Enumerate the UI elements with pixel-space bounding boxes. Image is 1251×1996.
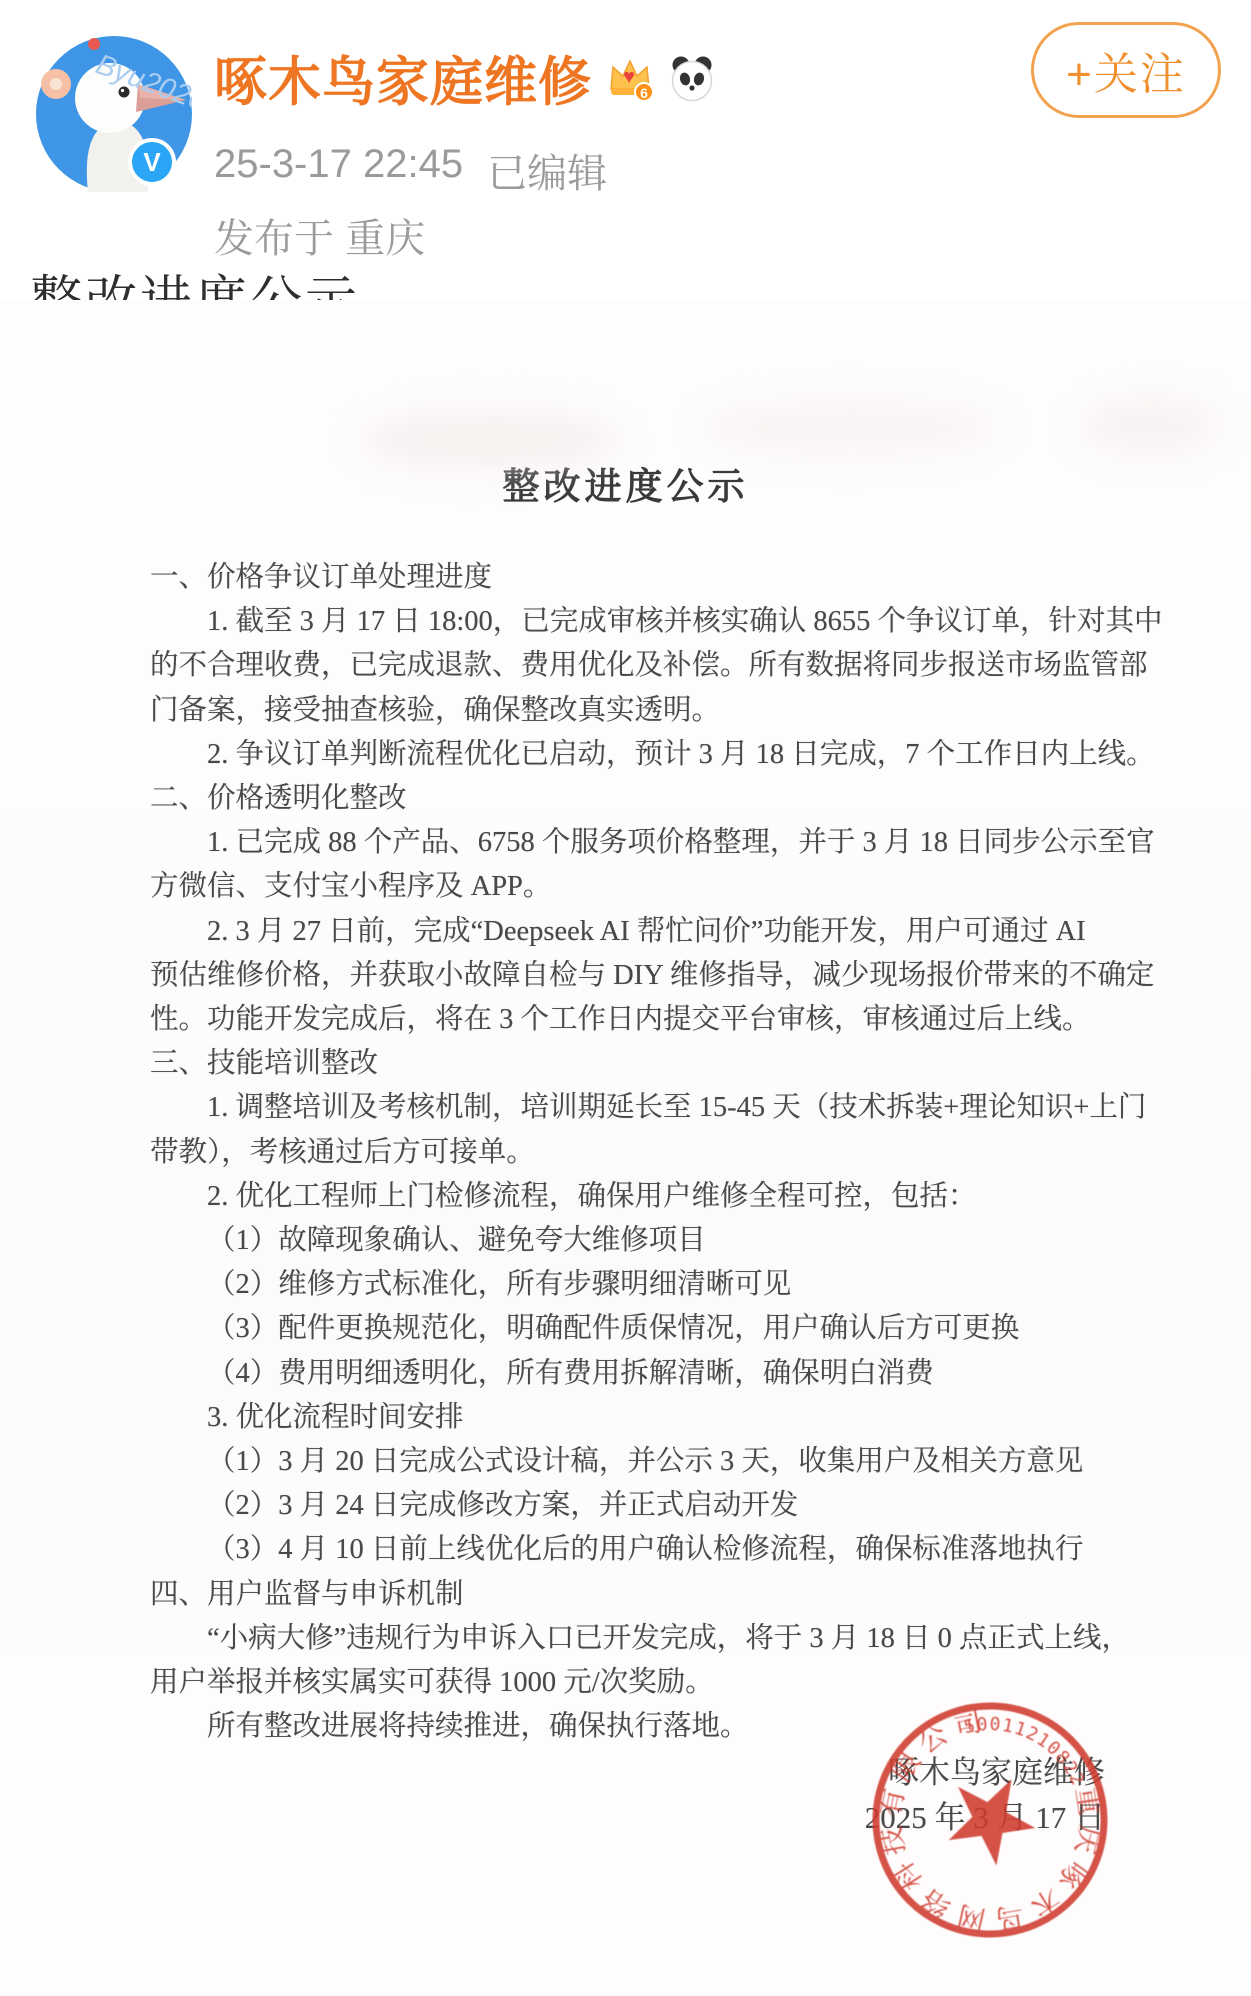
doc-line: 2. 3 月 27 日前，完成“Deepseek AI 帮忙问价”功能开发，用户… <box>150 910 1133 954</box>
post-timestamp: 25-3-17 22:45 <box>214 142 463 199</box>
doc-line: 带教），考核通过后方可接单。 <box>150 1131 1133 1175</box>
signature-name: 啄木鸟家庭维修 <box>0 1750 1105 1795</box>
doc-line: 预估维修价格，并获取小故障自检与 DIY 维修指导，减少现场报价带来的不确定 <box>150 954 1133 998</box>
doc-line: 一、价格争议订单处理进度 <box>150 556 1133 600</box>
scan-smudge <box>1080 395 1220 455</box>
doc-line: 2. 优化工程师上门检修流程，确保用户维修全程可控，包括： <box>150 1175 1133 1219</box>
doc-line: （1）故障现象确认、避免夸大维修项目 <box>150 1219 1133 1263</box>
doc-line: 的不合理收费，已完成退款、费用优化及补偿。所有数据将同步报送市场监管部 <box>150 644 1133 688</box>
weibo-post: Byu2020 V 啄木鸟家庭维修 ♥ 6 25-3-17 22:45 已编辑 … <box>0 0 1251 1996</box>
doc-line: 性。功能开发完成后，将在 3 个工作日内提交平台审核，审核通过后上线。 <box>150 998 1133 1042</box>
doc-line: 2. 争议订单判断流程优化已启动，预计 3 月 18 日完成，7 个工作日内上线… <box>150 733 1133 777</box>
doc-line: 二、价格透明化整改 <box>150 777 1133 821</box>
doc-line: （2）3 月 24 日完成修改方案，并正式启动开发 <box>150 1484 1133 1528</box>
vip-level: 6 <box>640 85 648 101</box>
avatar[interactable]: Byu2020 V <box>36 36 192 192</box>
scan-smudge <box>700 400 1000 455</box>
doc-line: 所有整改进展将持续推进，确保执行落地。 <box>150 1705 1133 1749</box>
doc-lines: 一、价格争议订单处理进度1. 截至 3 月 17 日 18:00，已完成审核并核… <box>150 556 1133 1749</box>
document-image[interactable]: 整改进度公示 一、价格争议订单处理进度1. 截至 3 月 17 日 18:00，… <box>0 300 1251 1996</box>
doc-line: （3）配件更换规范化，明确配件质保情况，用户确认后方可更换 <box>150 1307 1133 1351</box>
doc-line: （2）维修方式标准化，所有步骤明细清晰可见 <box>150 1263 1133 1307</box>
doc-line: 方微信、支付宝小程序及 APP。 <box>150 865 1133 909</box>
verified-badge-icon: V <box>128 138 176 186</box>
follow-button[interactable]: +关注 <box>1031 22 1221 118</box>
doc-line: 3. 优化流程时间安排 <box>150 1396 1133 1440</box>
svg-text:♥: ♥ <box>623 66 635 88</box>
post-location: 发布于 重庆 <box>214 207 425 264</box>
doc-line: 1. 已完成 88 个产品、6758 个服务项价格整理，并于 3 月 18 日同… <box>150 821 1133 865</box>
signature-date: 2025 年 3 月 17 日 <box>0 1795 1105 1840</box>
doc-line: （4）费用明细透明化，所有费用拆解清晰，确保明白消费 <box>150 1352 1133 1396</box>
doc-line: （1）3 月 20 日完成公式设计稿，并公示 3 天，收集用户及相关方意见 <box>150 1440 1133 1484</box>
doc-line: 1. 截至 3 月 17 日 18:00，已完成审核并核实确认 8655 个争议… <box>150 600 1133 644</box>
document-title: 整改进度公示 <box>0 456 1251 510</box>
doc-line: 1. 调整培训及考核机制，培训期延长至 15-45 天（技术拆装+理论知识+上门 <box>150 1086 1133 1130</box>
scan-smudge <box>360 410 620 470</box>
doc-line: （3）4 月 10 日前上线优化后的用户确认检修流程，确保标准落地执行 <box>150 1528 1133 1572</box>
doc-line: “小病大修”违规行为申诉入口已开发完成，将于 3 月 18 日 0 点正式上线， <box>150 1617 1133 1661</box>
doc-line: 用户举报并核实属实可获得 1000 元/次奖励。 <box>150 1661 1133 1705</box>
doc-line: 三、技能培训整改 <box>150 1042 1133 1086</box>
doc-line: 门备案，接受抽查核验，确保整改真实透明。 <box>150 689 1133 733</box>
doc-line: 四、用户监督与申诉机制 <box>150 1573 1133 1617</box>
panda-emoji-icon <box>668 54 716 102</box>
edited-label: 已编辑 <box>487 142 607 199</box>
username[interactable]: 啄木鸟家庭维修 <box>214 40 592 116</box>
vip-crown-badge-icon: ♥ 6 <box>606 54 654 102</box>
